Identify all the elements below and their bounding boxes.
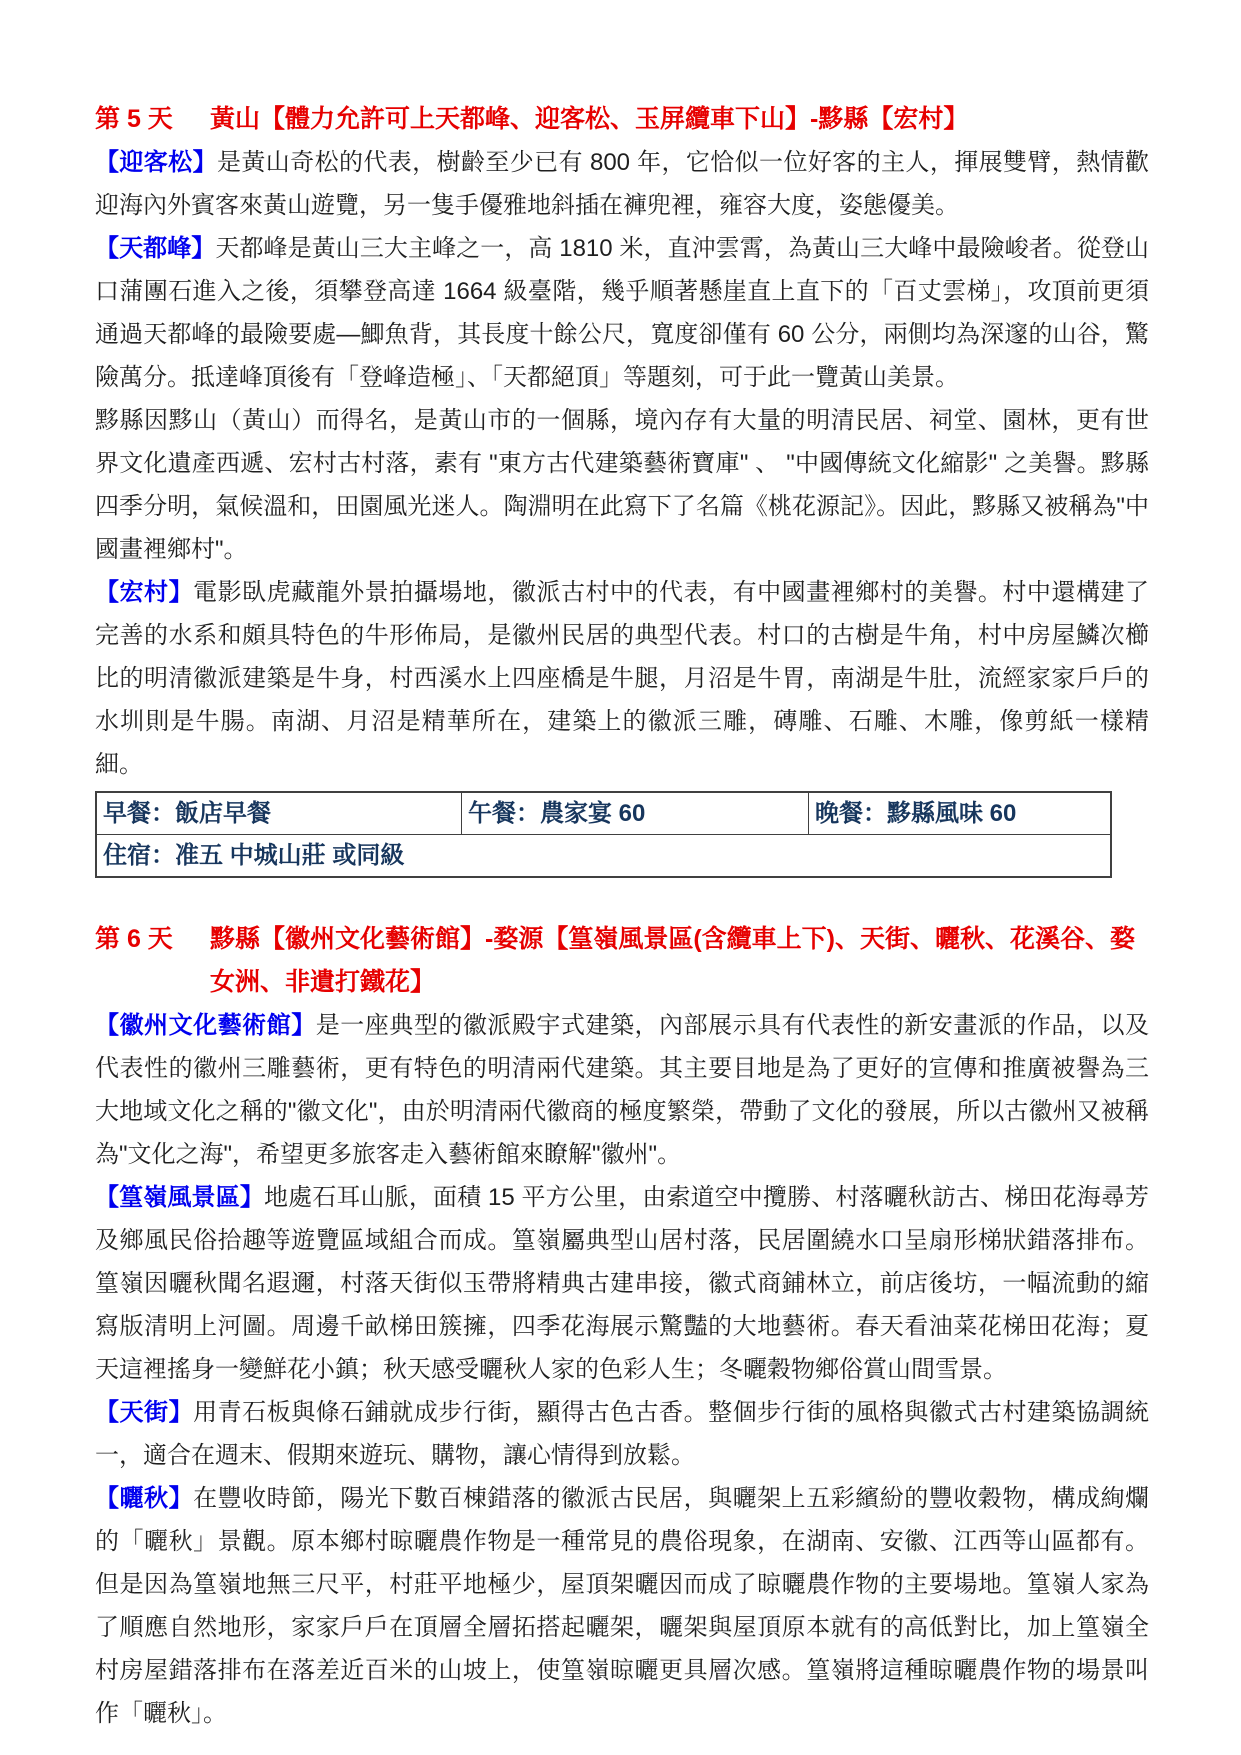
paragraph-text: 地處石耳山脈，面積 15 平方公里，由索道空中攬勝、村落曬秋訪古、梯田花海尋芳及… (95, 1184, 1149, 1383)
paragraph-yixian: 黟縣因黟山（黃山）而得名，是黃山市的一個縣，境內存有大量的明清民居、祠堂、園林，… (95, 399, 1149, 571)
paragraph-hongcun: 【宏村】電影臥虎藏龍外景拍攝場地，徽派古村中的代表，有中國畫裡鄉村的美譽。村中還… (95, 571, 1149, 786)
paragraph-yingkesong: 【迎客松】是黃山奇松的代表，樹齡至少已有 800 年，它恰似一位好客的主人，揮展… (95, 141, 1149, 227)
meals-row: 早餐：飯店早餐 午餐：農家宴 60 晚餐：黟縣風味 60 (96, 792, 1111, 835)
dinner-cell: 晚餐：黟縣風味 60 (809, 792, 1112, 835)
paragraph-huangling: 【篁嶺風景區】地處石耳山脈，面積 15 平方公里，由索道空中攬勝、村落曬秋訪古、… (95, 1176, 1149, 1391)
day6-title: 黟縣【徽州文化藝術館】-婺源【篁嶺風景區(含纜車上下)、天街、曬秋、花溪谷、婺女… (210, 918, 1149, 1004)
day6-header: 第 6 天 黟縣【徽州文化藝術館】-婺源【篁嶺風景區(含纜車上下)、天街、曬秋、… (95, 918, 1149, 1004)
breakfast-cell: 早餐：飯店早餐 (96, 792, 462, 835)
day6-section: 第 6 天 黟縣【徽州文化藝術館】-婺源【篁嶺風景區(含纜車上下)、天街、曬秋、… (95, 918, 1149, 1735)
paragraph-text: 天都峰是黃山三大主峰之一，高 1810 米，直沖雲霄，為黃山三大峰中最險峻者。從… (95, 235, 1149, 391)
lodging-row: 住宿：准五 中城山莊 或同級 (96, 835, 1111, 878)
paragraph-text: 黟縣因黟山（黃山）而得名，是黃山市的一個縣，境內存有大量的明清民居、祠堂、園林，… (95, 407, 1149, 563)
day5-section: 第 5 天 黃山【體力允許可上天都峰、迎客松、玉屏纜車下山】-黟縣【宏村】 【迎… (95, 98, 1149, 878)
attraction-tag-tiandufeng: 【天都峰】 (95, 235, 215, 262)
attraction-tag-shaiqiu: 【曬秋】 (95, 1485, 193, 1512)
lodging-cell: 住宿：准五 中城山莊 或同級 (96, 835, 1111, 878)
attraction-tag-tianjie: 【天街】 (95, 1399, 193, 1426)
day5-title: 黃山【體力允許可上天都峰、迎客松、玉屏纜車下山】-黟縣【宏村】 (210, 98, 1149, 141)
lunch-cell: 午餐：農家宴 60 (462, 792, 809, 835)
attraction-tag-art-museum: 【徽州文化藝術館】 (95, 1012, 316, 1039)
attraction-tag-hongcun: 【宏村】 (95, 579, 193, 606)
paragraph-tianjie: 【天街】用青石板與條石鋪就成步行街，顯得古色古香。整個步行街的風格與徽式古村建築… (95, 1391, 1149, 1477)
paragraph-text: 是黃山奇松的代表，樹齡至少已有 800 年，它恰似一位好客的主人，揮展雙臂，熱情… (95, 149, 1149, 219)
paragraph-tiandufeng: 【天都峰】天都峰是黃山三大主峰之一，高 1810 米，直沖雲霄，為黃山三大峰中最… (95, 227, 1149, 399)
day6-label: 第 6 天 (95, 918, 210, 1004)
itinerary-page: 第 5 天 黃山【體力允許可上天都峰、迎客松、玉屏纜車下山】-黟縣【宏村】 【迎… (0, 0, 1241, 1755)
paragraph-shaiqiu: 【曬秋】在豐收時節，陽光下數百棟錯落的徽派古民居，與曬架上五彩繽紛的豐收穀物，構… (95, 1477, 1149, 1735)
meals-table: 早餐：飯店早餐 午餐：農家宴 60 晚餐：黟縣風味 60 住宿：准五 中城山莊 … (95, 791, 1112, 878)
paragraph-text: 在豐收時節，陽光下數百棟錯落的徽派古民居，與曬架上五彩繽紛的豐收穀物，構成絢爛的… (95, 1485, 1149, 1727)
paragraph-text: 用青石板與條石鋪就成步行街，顯得古色古香。整個步行街的風格與徽式古村建築協調統一… (95, 1399, 1149, 1469)
attraction-tag-yingkesong: 【迎客松】 (95, 149, 217, 176)
attraction-tag-huangling: 【篁嶺風景區】 (95, 1184, 264, 1211)
day5-label: 第 5 天 (95, 98, 210, 141)
paragraph-art-museum: 【徽州文化藝術館】是一座典型的徽派殿宇式建築，內部展示具有代表性的新安畫派的作品… (95, 1004, 1149, 1176)
day5-header: 第 5 天 黃山【體力允許可上天都峰、迎客松、玉屏纜車下山】-黟縣【宏村】 (95, 98, 1149, 141)
paragraph-text: 電影臥虎藏龍外景拍攝場地，徽派古村中的代表，有中國畫裡鄉村的美譽。村中還構建了完… (95, 579, 1149, 778)
